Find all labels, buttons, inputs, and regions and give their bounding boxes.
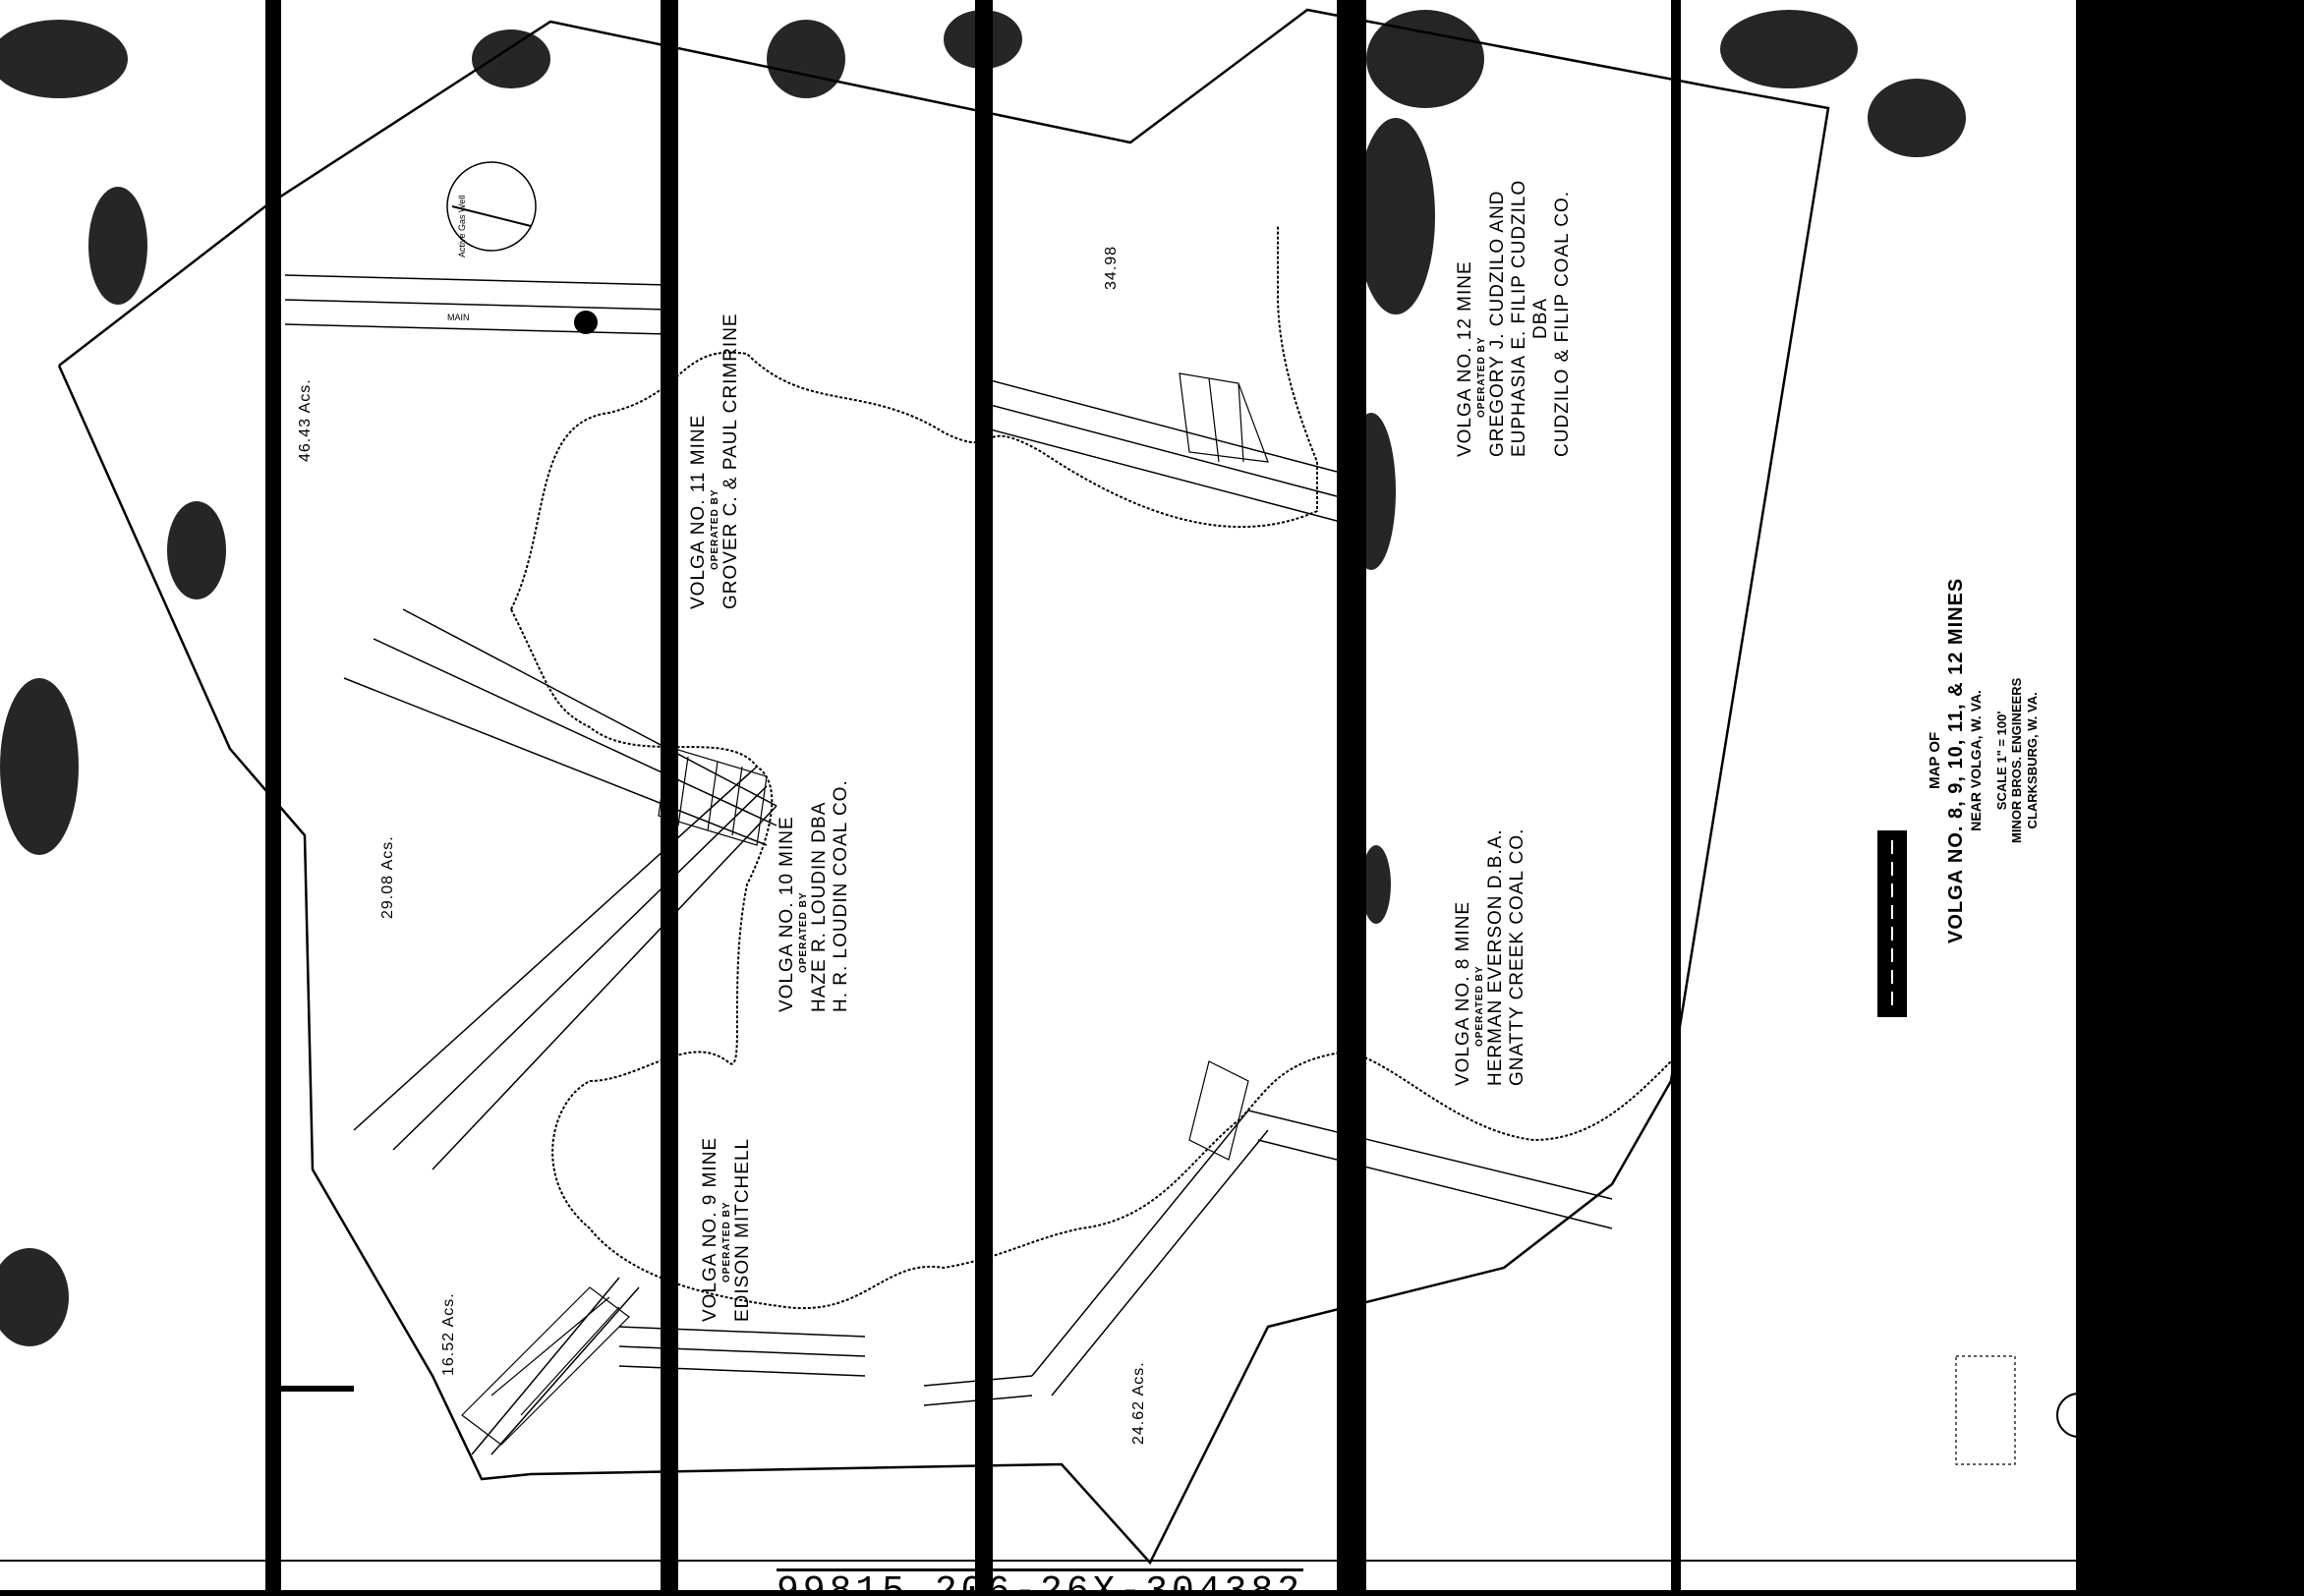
tract-area-34-98: 34.98: [1103, 246, 1121, 290]
map-maker-city: CLARKSBURG, W. VA.: [2025, 578, 2041, 943]
operated-by-label: OPERATED BY: [1476, 180, 1488, 457]
mine-name: VOLGA NO. 10 MINE: [777, 779, 798, 1012]
operated-by-label: OPERATED BY: [710, 313, 721, 609]
mine-label-no-11: VOLGA NO. 11 MINE OPERATED BY GROVER C. …: [688, 313, 742, 609]
mine-company: GNATTY CREEK COAL CO.: [1507, 828, 1528, 1086]
map-scale: SCALE 1" = 100': [1994, 578, 2010, 943]
title-block: MAP OF VOLGA NO. 8, 9, 10, 11, & 12 MINE…: [1927, 578, 2041, 943]
map-maker: MINOR BROS. ENGINEERS: [2009, 578, 2025, 943]
reservoir-mark: [574, 311, 598, 334]
operated-by-label: OPERATED BY: [1474, 828, 1486, 1086]
title-map-of: MAP OF: [1927, 578, 1944, 943]
operated-by-label: OPERATED BY: [721, 1137, 733, 1322]
gas-well-label: Active Gas Well: [457, 196, 467, 257]
mine-label-no-8: VOLGA NO. 8 MINE OPERATED BY HERMAN EVER…: [1453, 828, 1528, 1086]
tract-area-24-62: 24.62 Acs.: [1130, 1361, 1148, 1445]
operated-by-label: OPERATED BY: [798, 779, 810, 1012]
mine-name: VOLGA NO. 9 MINE: [700, 1137, 721, 1322]
mine-company: H. R. LOUDIN COAL CO.: [831, 779, 852, 1012]
haulage-entries: [285, 275, 1612, 1454]
mine-operator: HAZE R. LOUDIN DBA: [809, 779, 831, 1012]
mine-label-no-9: VOLGA NO. 9 MINE OPERATED BY EDISON MITC…: [700, 1137, 754, 1322]
tract-area-16-52: 16.52 Acs.: [440, 1292, 458, 1376]
mine-label-no-10: VOLGA NO. 10 MINE OPERATED BY HAZE R. LO…: [777, 779, 852, 1012]
tract-area-46-43: 46.43 Acs.: [297, 378, 315, 462]
map-location: NEAR VOLGA, W. VA.: [1968, 578, 1985, 943]
mine-name: VOLGA NO. 8 MINE: [1453, 828, 1474, 1086]
scan-edge-band: [2076, 0, 2304, 1596]
mine-label-no-12: VOLGA NO. 12 MINE OPERATED BY GREGORY J.…: [1455, 180, 1574, 457]
map-title: VOLGA NO. 8, 9, 10, 11, & 12 MINES: [1944, 578, 1968, 943]
mine-operator: GROVER C. & PAUL CRIMRINE: [720, 313, 742, 609]
reference-number: 99815 206-26X-304382: [777, 1568, 1303, 1596]
mine-dba: DBA: [1530, 180, 1552, 457]
mine-operator: HERMAN EVERSON D.B.A.: [1485, 828, 1507, 1086]
mine-company: CUDZILO & FILIP COAL CO.: [1552, 180, 1574, 457]
mine-operator: GREGORY J. CUDZILO AND: [1487, 180, 1509, 457]
mine-operator: EDISON MITCHELL: [732, 1137, 754, 1322]
room-grids: [462, 373, 1268, 1445]
main-entry-label: MAIN: [447, 313, 470, 322]
mine-name: VOLGA NO. 11 MINE: [688, 313, 710, 609]
scale-bar: [1877, 830, 1907, 1017]
mine-name: VOLGA NO. 12 MINE: [1455, 180, 1476, 457]
tract-area-29-08: 29.08 Acs.: [379, 835, 397, 919]
mine-operator-2: EUPHASIA E. FILIP CUDZILO: [1509, 180, 1530, 457]
